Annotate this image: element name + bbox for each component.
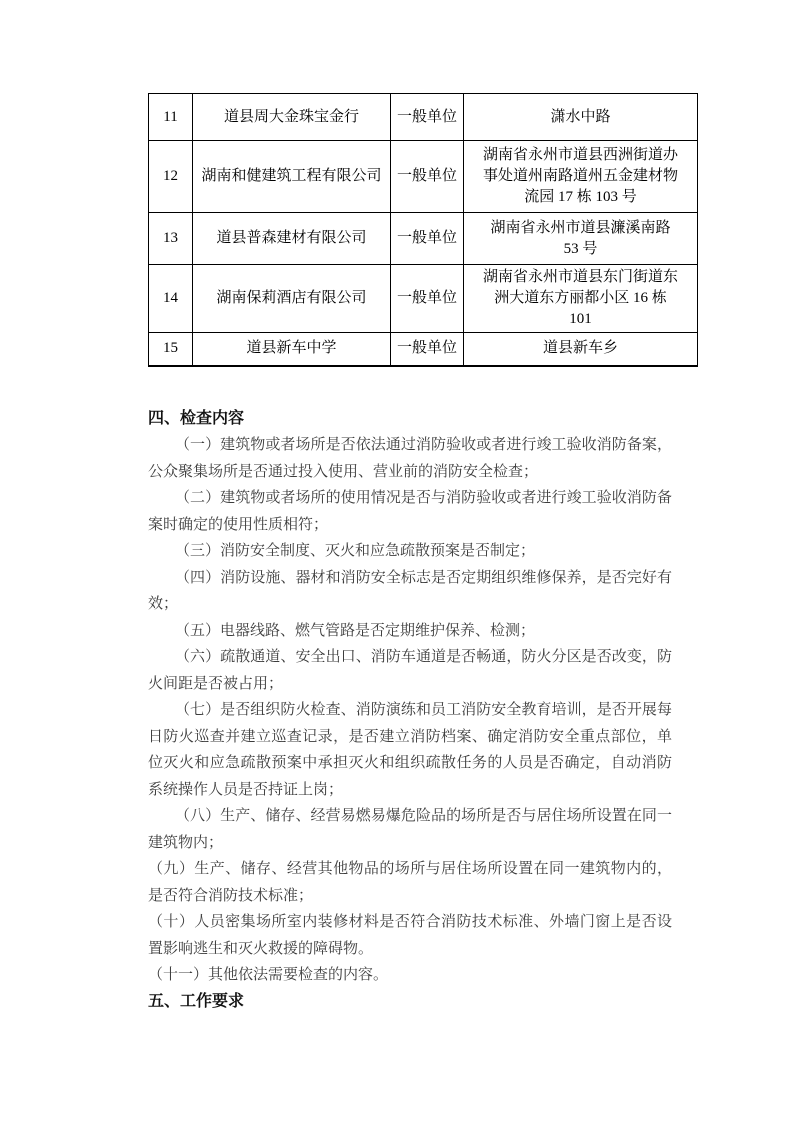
inspection-item-7: （七）是否组织防火检查、消防演练和员工消防安全教育培训，是否开展每日防火巡查并建… [148, 697, 672, 803]
unit-address-cell: 潇水中路 [464, 94, 698, 141]
unit-name-cell: 道县新车中学 [193, 333, 391, 366]
document-content: 11道县周大金珠宝金行一般单位潇水中路12湖南和健建筑工程有限公司一般单位湖南省… [148, 93, 697, 1015]
unit-no-cell: 14 [149, 265, 193, 333]
inspection-item-8: （八）生产、储存、经营易燃易爆危险品的场所是否与居住场所设置在同一建筑物内； [148, 803, 672, 856]
unit-type-cell: 一般单位 [391, 141, 464, 213]
unit-row: 15道县新车中学一般单位道县新车乡 [149, 333, 698, 366]
unit-address-cell: 湖南省永州市道县西洲街道办事处道州南路道州五金建材物流园 17 栋 103 号 [464, 141, 698, 213]
inspection-item-6: （六）疏散通道、安全出口、消防车通道是否畅通，防火分区是否改变，防火间距是否被占… [148, 644, 672, 697]
unit-type-cell: 一般单位 [391, 265, 464, 333]
units-table-body: 11道县周大金珠宝金行一般单位潇水中路12湖南和健建筑工程有限公司一般单位湖南省… [149, 94, 698, 366]
unit-name-cell: 湖南和健建筑工程有限公司 [193, 141, 391, 213]
unit-name-cell: 道县周大金珠宝金行 [193, 94, 391, 141]
inspection-item-5: （五）电器线路、燃气管路是否定期维护保养、检测； [148, 618, 672, 645]
unit-address-cell: 湖南省永州市道县濂溪南路 53 号 [464, 213, 698, 265]
heading-work-requirements: 五、工作要求 [148, 989, 672, 1016]
inspection-item-4: （四）消防设施、器材和消防安全标志是否定期组织维修保养，是否完好有效； [148, 565, 672, 618]
unit-no-cell: 11 [149, 94, 193, 141]
inspection-item-11: （十一）其他依法需要检查的内容。 [148, 962, 672, 989]
inspection-items: （一）建筑物或者场所是否依法通过消防验收或者进行竣工验收消防备案，公众聚集场所是… [148, 432, 672, 989]
unit-type-cell: 一般单位 [391, 333, 464, 366]
unit-name-cell: 道县普森建材有限公司 [193, 213, 391, 265]
unit-type-cell: 一般单位 [391, 213, 464, 265]
heading-inspection-content: 四、检查内容 [148, 406, 672, 433]
unit-address-cell: 湖南省永州市道县东门街道东洲大道东方丽都小区 16 栋 101 [464, 265, 698, 333]
inspection-item-1: （一）建筑物或者场所是否依法通过消防验收或者进行竣工验收消防备案，公众聚集场所是… [148, 432, 672, 485]
body-text: 四、检查内容 （一）建筑物或者场所是否依法通过消防验收或者进行竣工验收消防备案，… [148, 406, 672, 1016]
unit-address-cell: 道县新车乡 [464, 333, 698, 366]
inspection-item-9: （九）生产、储存、经营其他物品的场所与居住场所设置在同一建筑物内的，是否符合消防… [148, 856, 672, 909]
unit-row: 11道县周大金珠宝金行一般单位潇水中路 [149, 94, 698, 141]
units-table: 11道县周大金珠宝金行一般单位潇水中路12湖南和健建筑工程有限公司一般单位湖南省… [148, 93, 698, 367]
unit-name-cell: 湖南保莉酒店有限公司 [193, 265, 391, 333]
unit-row: 13道县普森建材有限公司一般单位湖南省永州市道县濂溪南路 53 号 [149, 213, 698, 265]
unit-type-cell: 一般单位 [391, 94, 464, 141]
unit-no-cell: 15 [149, 333, 193, 366]
unit-row: 12湖南和健建筑工程有限公司一般单位湖南省永州市道县西洲街道办事处道州南路道州五… [149, 141, 698, 213]
inspection-item-2: （二）建筑物或者场所的使用情况是否与消防验收或者进行竣工验收消防备案时确定的使用… [148, 485, 672, 538]
unit-no-cell: 12 [149, 141, 193, 213]
inspection-item-3: （三）消防安全制度、灭火和应急疏散预案是否制定； [148, 538, 672, 565]
inspection-item-10: （十）人员密集场所室内装修材料是否符合消防技术标准、外墙门窗上是否设置影响逃生和… [148, 909, 672, 962]
unit-row: 14湖南保莉酒店有限公司一般单位湖南省永州市道县东门街道东洲大道东方丽都小区 1… [149, 265, 698, 333]
document-page: 11道县周大金珠宝金行一般单位潇水中路12湖南和健建筑工程有限公司一般单位湖南省… [0, 0, 793, 1122]
unit-no-cell: 13 [149, 213, 193, 265]
